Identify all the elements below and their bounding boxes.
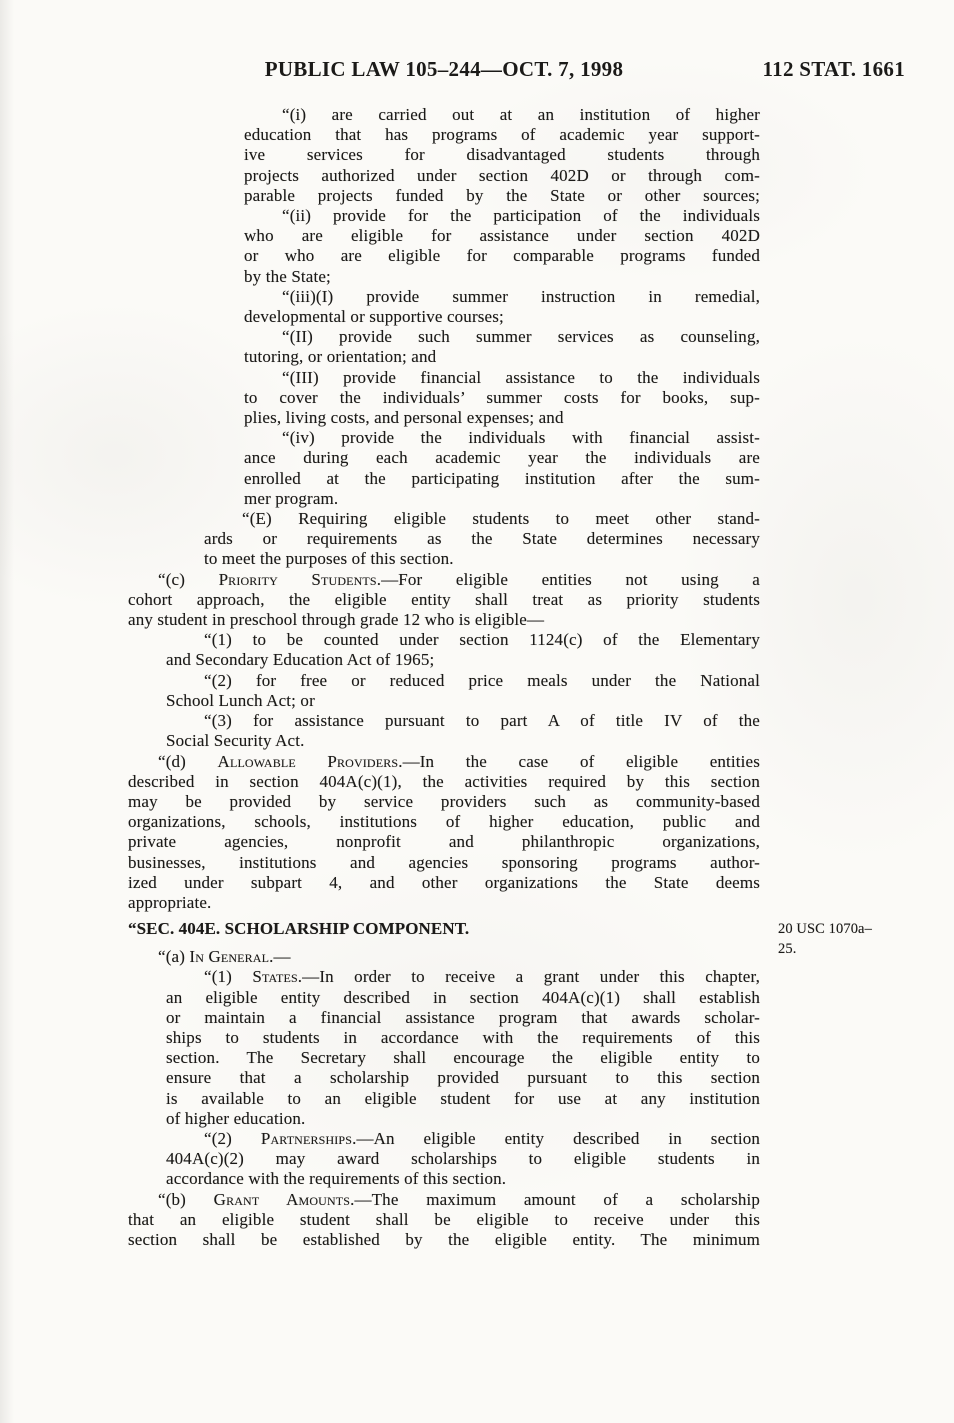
text-segment: projects authorized under section 402D o…: [244, 166, 760, 185]
text-segment: “(2): [204, 1129, 261, 1148]
smallcaps-term: Allowable Providers: [218, 752, 399, 771]
text-segment: and Secondary Education Act of 1965;: [166, 650, 434, 669]
text-line: of higher education.: [166, 1109, 760, 1129]
text-segment: “(E) Requiring eligible students to meet…: [242, 509, 760, 528]
text-segment: businesses, institutions and agencies sp…: [128, 853, 760, 872]
text-line: “(3) for assistance pursuant to part A o…: [166, 711, 760, 731]
document-page: PUBLIC LAW 105–244—OCT. 7, 1998 112 STAT…: [0, 0, 954, 1423]
text-line: parable projects funded by the State or …: [244, 186, 760, 206]
text-line: “(2) Partnerships.—An eligible entity de…: [166, 1129, 760, 1149]
document-body: “(i) are carried out at an institution o…: [128, 105, 760, 1250]
text-line: tutoring, or orientation; and: [244, 347, 760, 367]
smallcaps-term: States: [252, 967, 297, 986]
text-line: School Lunch Act; or: [166, 691, 760, 711]
text-line: businesses, institutions and agencies sp…: [128, 853, 760, 873]
text-line: “(ii) provide for the participation of t…: [244, 206, 760, 226]
text-line: and Secondary Education Act of 1965;: [166, 650, 760, 670]
running-head-stat-page: 112 STAT. 1661: [763, 57, 905, 82]
text-segment: “(b): [158, 1190, 214, 1209]
text-segment: School Lunch Act; or: [166, 691, 315, 710]
text-line: an eligible entity described in section …: [166, 988, 760, 1008]
text-segment: section. The Secretary shall encourage t…: [166, 1048, 760, 1067]
text-line: “(a) In General.—: [128, 947, 760, 967]
running-head-law: PUBLIC LAW 105–244—OCT. 7, 1998: [128, 57, 760, 82]
text-segment: “(ii) provide for the participation of t…: [282, 206, 760, 225]
text-segment: plies, living costs, and personal expens…: [244, 408, 564, 427]
text-line: organizations, schools, institutions of …: [128, 812, 760, 832]
text-segment: “(iv) provide the individuals with finan…: [282, 428, 760, 447]
text-line: described in section 404A(c)(1), the act…: [128, 772, 760, 792]
margin-note: 20 USC 1070a–25.: [778, 919, 938, 959]
text-line: plies, living costs, and personal expens…: [244, 408, 760, 428]
text-line: ized under subpart 4, and other organiza…: [128, 873, 760, 893]
text-line: projects authorized under section 402D o…: [244, 166, 760, 186]
text-segment: “(1) to be counted under section 1124(c)…: [204, 630, 760, 649]
text-segment: is available to an eligible student for …: [166, 1089, 760, 1108]
text-segment: “(1): [204, 967, 252, 986]
text-segment: mer program.: [244, 489, 338, 508]
text-segment: or who are eligible for comparable progr…: [244, 246, 760, 265]
text-segment: enrolled at the participating institutio…: [244, 469, 760, 488]
text-line: “(II) provide such summer services as co…: [244, 327, 760, 347]
text-line: “(1) States.—In order to receive a grant…: [166, 967, 760, 987]
text-line: appropriate.: [128, 893, 760, 913]
text-segment: who are eligible for assistance under se…: [244, 226, 760, 245]
text-line: to meet the purposes of this section.: [204, 549, 760, 569]
text-line: accordance with the requirements of this…: [166, 1169, 760, 1189]
text-line: “(E) Requiring eligible students to meet…: [204, 509, 760, 529]
margin-note-line: 25.: [778, 939, 938, 959]
text-segment: developmental or supportive courses;: [244, 307, 504, 326]
text-segment: .—: [269, 947, 291, 966]
text-segment: .—In the case of eligible entities: [398, 752, 760, 771]
text-line: by the State;: [244, 267, 760, 287]
text-segment: .—For eligible entities not using a: [377, 570, 760, 589]
text-segment: parable projects funded by the State or …: [244, 186, 760, 205]
text-line: that an eligible student shall be eligib…: [128, 1210, 760, 1230]
text-segment: education that has programs of academic …: [244, 125, 760, 144]
text-line: “(iii)(I) provide summer instruction in …: [244, 287, 760, 307]
text-segment: that an eligible student shall be eligib…: [128, 1210, 760, 1229]
text-line: ive services for disadvantaged students …: [244, 145, 760, 165]
text-line: “(c) Priority Students.—For eligible ent…: [128, 570, 760, 590]
section-heading: “SEC. 404E. SCHOLARSHIP COMPONENT.20 USC…: [128, 918, 760, 939]
text-line: to cover the individuals’ summer costs f…: [244, 388, 760, 408]
text-segment: private agencies, nonprofit and philanth…: [128, 832, 760, 851]
text-segment: Social Security Act.: [166, 731, 305, 750]
text-segment: by the State;: [244, 267, 331, 286]
text-segment: section shall be established by the elig…: [128, 1230, 760, 1249]
text-segment: or maintain a financial assistance progr…: [166, 1008, 760, 1027]
text-line: “(2) for free or reduced price meals und…: [166, 671, 760, 691]
text-line: mer program.: [244, 489, 760, 509]
text-segment: “(d): [158, 752, 218, 771]
text-segment: ive services for disadvantaged students …: [244, 145, 760, 164]
text-line: “(iv) provide the individuals with finan…: [244, 428, 760, 448]
text-segment: to cover the individuals’ summer costs f…: [244, 388, 760, 407]
text-segment: “(c): [158, 570, 219, 589]
text-segment: of higher education.: [166, 1109, 305, 1128]
text-line: “(III) provide financial assistance to t…: [244, 368, 760, 388]
text-segment: “(i) are carried out at an institution o…: [282, 105, 760, 124]
text-line: developmental or supportive courses;: [244, 307, 760, 327]
text-segment: .—The maximum amount of a scholarship: [350, 1190, 760, 1209]
text-segment: any student in preschool through grade 1…: [128, 610, 544, 629]
text-segment: ards or requirements as the State determ…: [204, 529, 760, 548]
text-line: private agencies, nonprofit and philanth…: [128, 832, 760, 852]
text-line: ards or requirements as the State determ…: [204, 529, 760, 549]
text-segment: ensure that a scholarship provided pursu…: [166, 1068, 760, 1087]
margin-note-line: 20 USC 1070a–: [778, 919, 938, 939]
text-line: enrolled at the participating institutio…: [244, 469, 760, 489]
text-segment: ized under subpart 4, and other organiza…: [128, 873, 760, 892]
text-segment: 404A(c)(2) may award scholarships to eli…: [166, 1149, 760, 1168]
text-segment: cohort approach, the eligible entity sha…: [128, 590, 760, 609]
smallcaps-term: Grant Amounts: [214, 1190, 350, 1209]
text-line: 404A(c)(2) may award scholarships to eli…: [166, 1149, 760, 1169]
text-segment: “(a): [158, 947, 189, 966]
text-line: ensure that a scholarship provided pursu…: [166, 1068, 760, 1088]
text-segment: to meet the purposes of this section.: [204, 549, 454, 568]
text-segment: ships to students in accordance with the…: [166, 1028, 760, 1047]
text-line: any student in preschool through grade 1…: [128, 610, 760, 630]
text-line: or who are eligible for comparable progr…: [244, 246, 760, 266]
text-line: “(b) Grant Amounts.—The maximum amount o…: [128, 1190, 760, 1210]
smallcaps-term: In General: [189, 947, 269, 966]
text-segment: ance during each academic year the indiv…: [244, 448, 760, 467]
text-line: cohort approach, the eligible entity sha…: [128, 590, 760, 610]
text-line: section. The Secretary shall encourage t…: [166, 1048, 760, 1068]
text-segment: “SEC. 404E. SCHOLARSHIP COMPONENT.: [128, 919, 469, 938]
text-segment: may be provided by service providers suc…: [128, 792, 760, 811]
text-segment: .—An eligible entity described in sectio…: [352, 1129, 760, 1148]
text-segment: appropriate.: [128, 893, 211, 912]
text-segment: “(III) provide financial assistance to t…: [282, 368, 760, 387]
text-segment: “(2) for free or reduced price meals und…: [204, 671, 760, 690]
text-line: section shall be established by the elig…: [128, 1230, 760, 1250]
text-line: education that has programs of academic …: [244, 125, 760, 145]
text-segment: “(iii)(I) provide summer instruction in …: [282, 287, 760, 306]
text-line: is available to an eligible student for …: [166, 1089, 760, 1109]
text-line: may be provided by service providers suc…: [128, 792, 760, 812]
text-segment: “(3) for assistance pursuant to part A o…: [204, 711, 760, 730]
text-line: Social Security Act.: [166, 731, 760, 751]
text-segment: “(II) provide such summer services as co…: [282, 327, 760, 346]
text-segment: .—In order to receive a grant under this…: [298, 967, 760, 986]
text-line: “(i) are carried out at an institution o…: [244, 105, 760, 125]
text-segment: tutoring, or orientation; and: [244, 347, 436, 366]
smallcaps-term: Priority Students: [219, 570, 377, 589]
text-line: “(1) to be counted under section 1124(c)…: [166, 630, 760, 650]
text-segment: an eligible entity described in section …: [166, 988, 760, 1007]
text-segment: described in section 404A(c)(1), the act…: [128, 772, 760, 791]
text-line: ships to students in accordance with the…: [166, 1028, 760, 1048]
text-line: or maintain a financial assistance progr…: [166, 1008, 760, 1028]
smallcaps-term: Partnerships: [261, 1129, 352, 1148]
text-line: ance during each academic year the indiv…: [244, 448, 760, 468]
text-segment: organizations, schools, institutions of …: [128, 812, 760, 831]
text-line: “(d) Allowable Providers.—In the case of…: [128, 752, 760, 772]
text-segment: accordance with the requirements of this…: [166, 1169, 506, 1188]
text-line: who are eligible for assistance under se…: [244, 226, 760, 246]
